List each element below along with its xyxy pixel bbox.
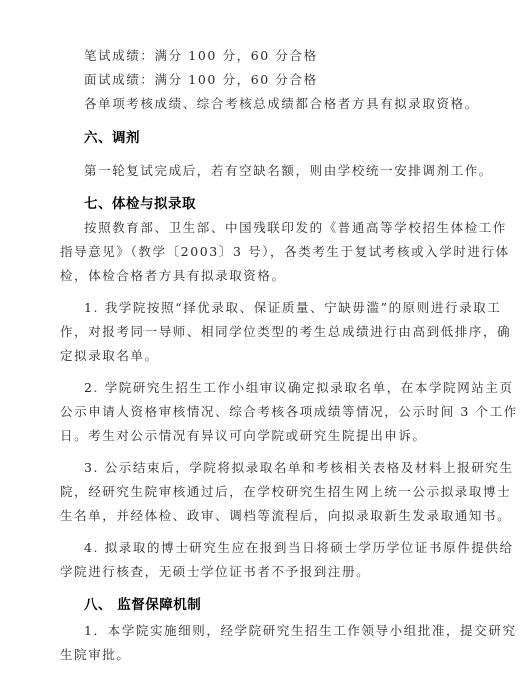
text-line: 定拟录取名单。 — [60, 348, 159, 364]
text-line: 日。考生对公示情况有异议可向学院或研究生院提出申诉。 — [60, 428, 427, 444]
text-line: 公示申请人资格审核情况、综合考核各项成绩等情况，公示时间 3 个工作 — [60, 404, 518, 420]
text-line: 检，体检合格者方具有拟录取资格。 — [60, 268, 286, 284]
text-line: 2. 学院研究生招生工作小组审议确定拟录取名单，在本学院网站主页 — [84, 380, 514, 396]
text-line: 作，对报考同一导师、相同学位类型的考生总成绩进行由高到低排序，确 — [60, 324, 511, 340]
text-line: 指导意见》（教学〔2003〕3 号），各类考生于复试考核或入学时进行体 — [60, 244, 510, 260]
section-heading-adjustment: 六、调剂 — [84, 130, 140, 146]
text-line-qualification: 各单项考核成绩、综合考核总成绩都合格者方具有拟录取资格。 — [84, 96, 479, 112]
text-line-interview-score: 面试成绩：满分 100 分，60 分合格 — [84, 72, 318, 88]
text-line: 1．本学院实施细则，经学院研究生招生工作领导小组批准，提交研究 — [84, 623, 517, 639]
section-heading-supervision: 八、 监督保障机制 — [84, 597, 201, 613]
text-line: 生院审批。 — [60, 647, 131, 663]
text-line: 3. 公示结束后，学院将拟录取名单和考核相关表格及材料上报研究生 — [84, 460, 514, 476]
text-line: 4. 拟录取的博士研究生应在报到当日将硕士学历学位证书原件提供给 — [84, 540, 514, 556]
section-heading-physical-exam: 七、体检与拟录取 — [84, 196, 196, 212]
document-page: 笔试成绩：满分 100 分，60 分合格 面试成绩：满分 100 分，60 分合… — [0, 0, 522, 699]
text-line: 院，经研究生院审核通过后，在学校研究生招生网上统一公示拟录取博士 — [60, 484, 511, 500]
text-line: 生名单，并经体检、政审、调档等流程后，向拟录取新生发录取通知书。 — [60, 508, 511, 524]
text-line: 第一轮复试完成后，若有空缺名额，则由学校统一安排调剂工作。 — [84, 163, 493, 179]
text-line: 1. 我学院按照“择优录取、保证质量、宁缺毋滥”的原则进行录取工 — [84, 300, 501, 316]
text-line: 学院进行核查，无硕士学位证书者不予报到注册。 — [60, 564, 370, 580]
text-line-written-exam-score: 笔试成绩：满分 100 分，60 分合格 — [84, 48, 318, 64]
text-line: 按照教育部、卫生部、中国残联印发的《普通高等学校招生体检工作 — [84, 220, 507, 236]
